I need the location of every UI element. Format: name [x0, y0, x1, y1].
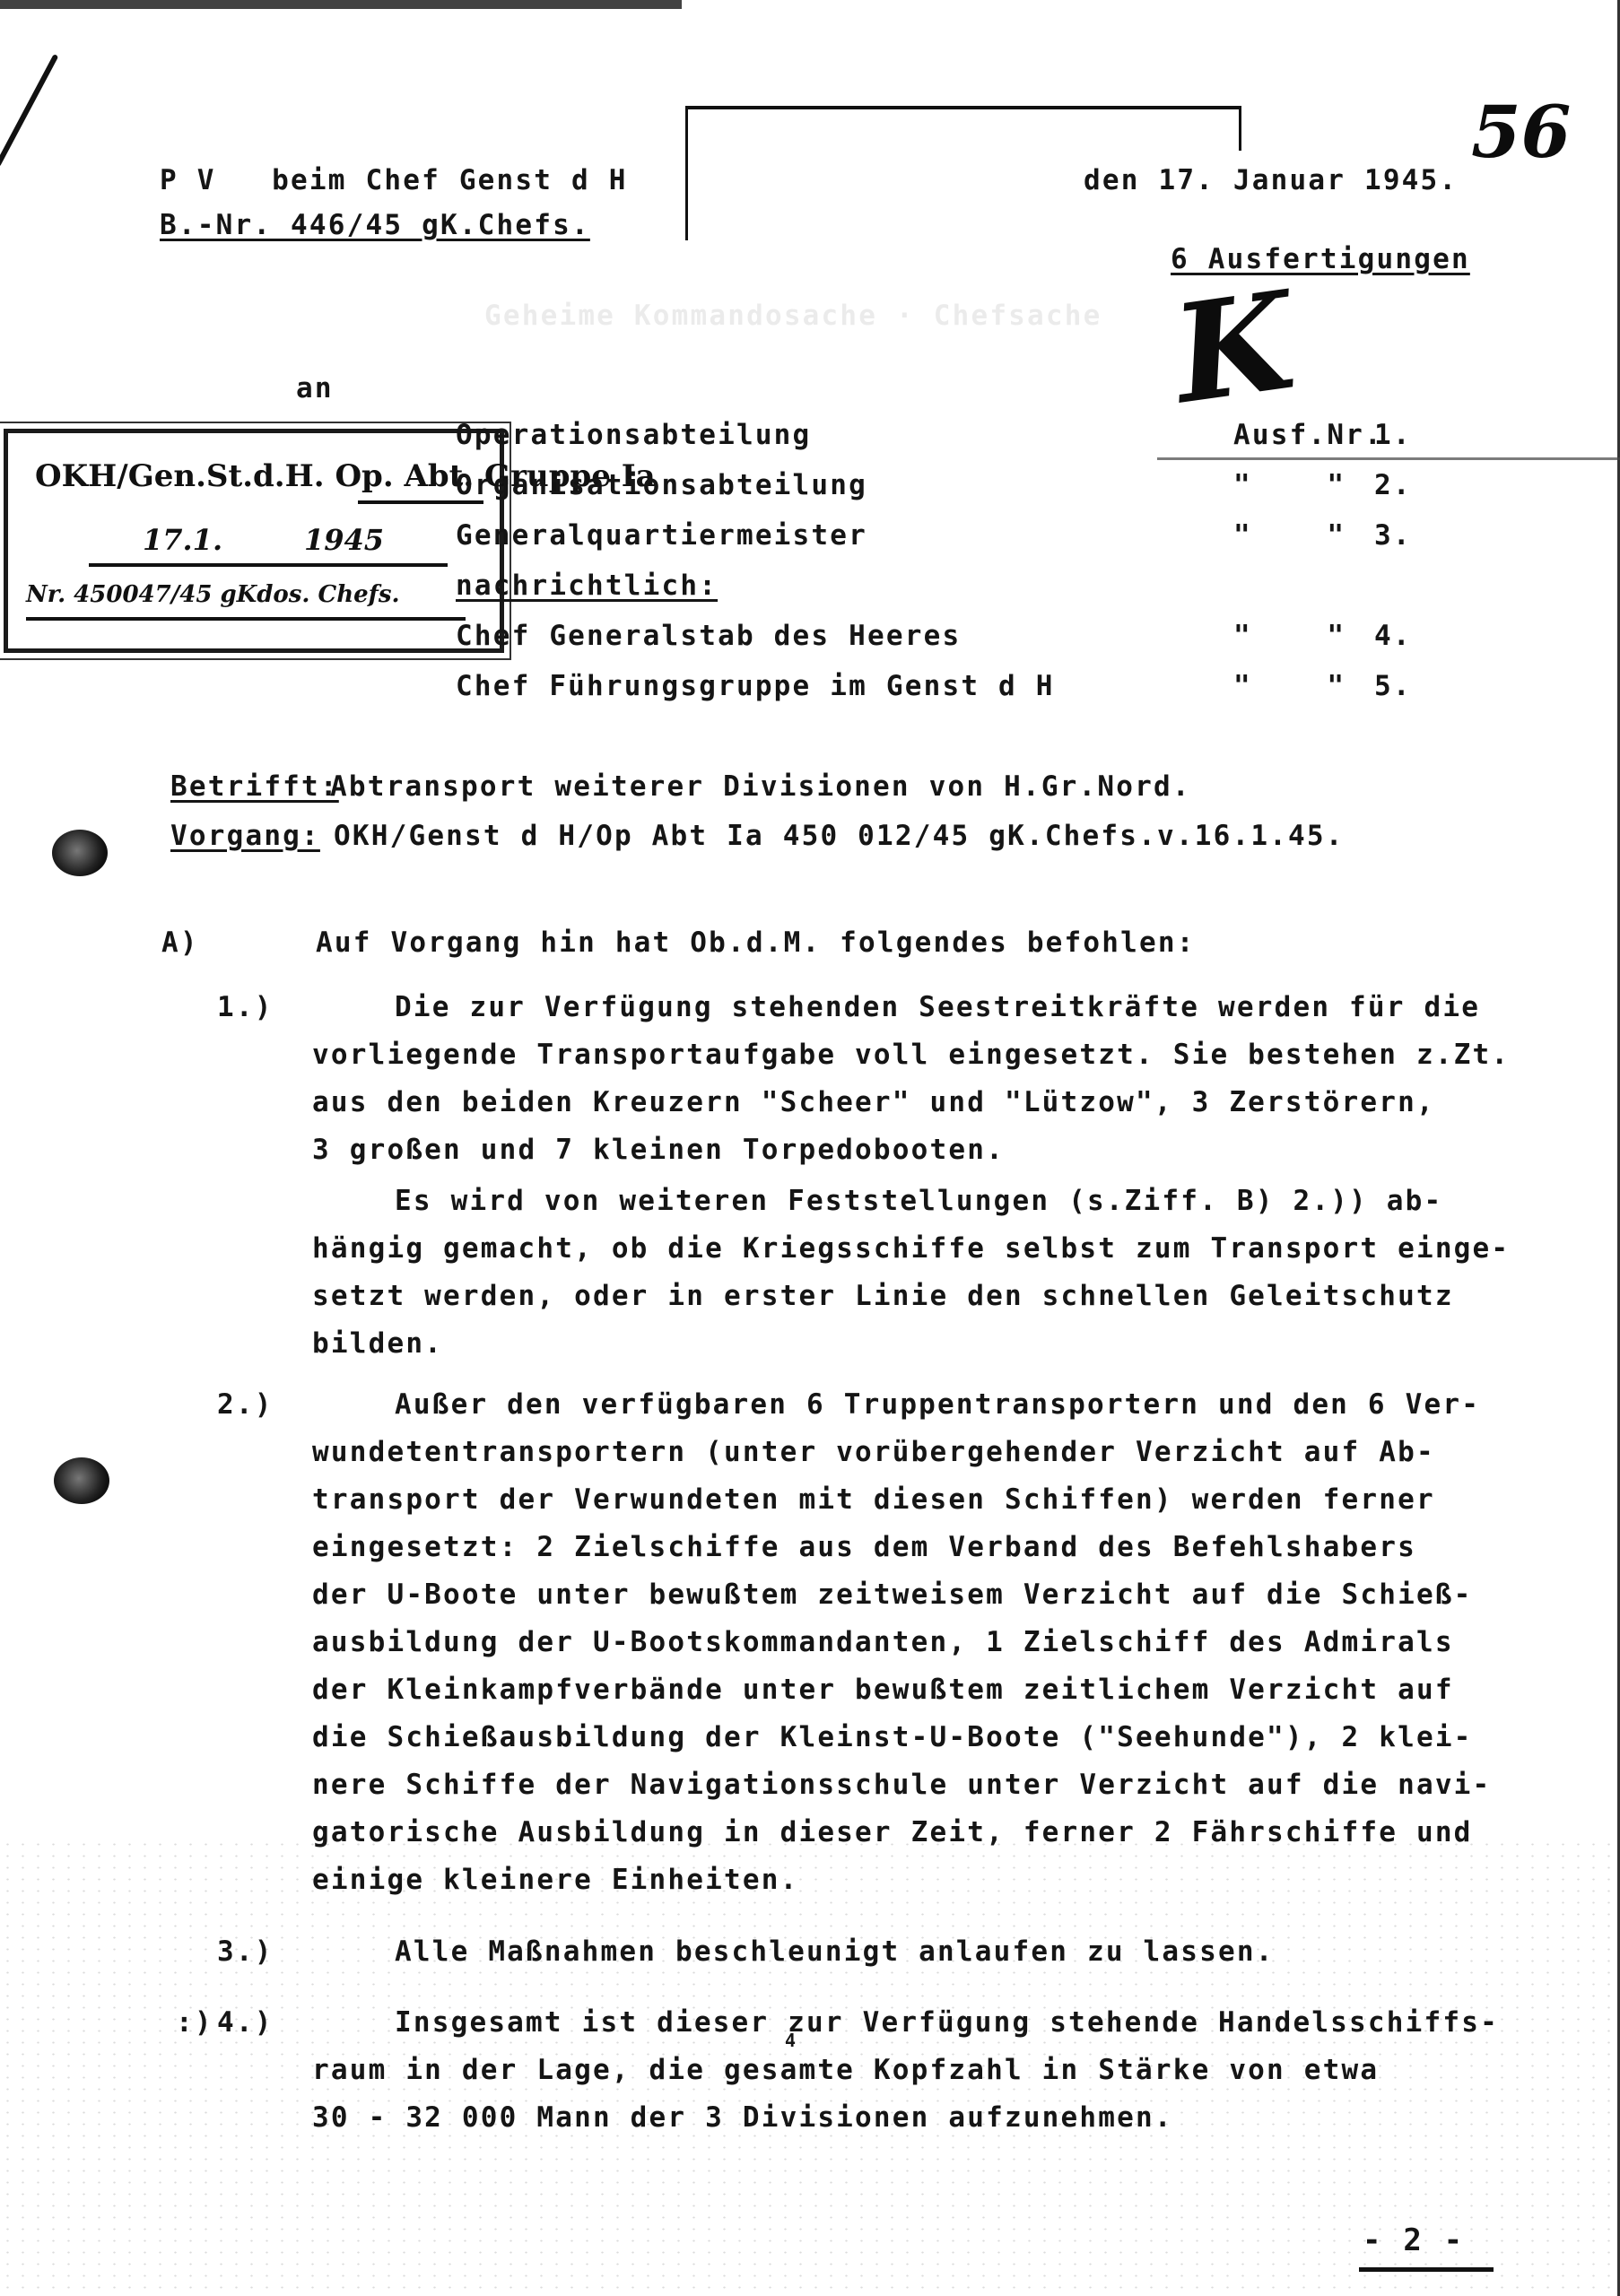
separator-line: [1157, 457, 1620, 460]
distribution-copy-label: " ": [1233, 519, 1346, 552]
pasted-box-border: [685, 106, 688, 240]
item-text-line: 3 großen und 7 kleinen Torpedobooten.: [312, 1134, 1005, 1166]
distribution-recipient: Organisationsabteilung: [456, 469, 867, 501]
pasted-box-border: [685, 106, 1241, 109]
item-text-line: der Kleinkampfverbände unter bewußtem ze…: [312, 1674, 1454, 1706]
document-date: den 17. Januar 1945.: [1084, 164, 1458, 196]
faint-classification-line: Geheime Kommandosache · Chefsache: [484, 300, 1102, 332]
item-marker: 4.): [217, 2006, 274, 2039]
handwritten-initial: K: [1164, 262, 1302, 434]
handwritten-page-mark: 56: [1471, 90, 1571, 174]
distribution-recipient: Chef Führungsgruppe im Genst d H: [456, 670, 1055, 702]
item-text-line: gatorische Ausbildung in dieser Zeit, fe…: [312, 1816, 1473, 1848]
reference-number: B.-Nr. 446/45 gK.Chefs.: [160, 209, 590, 241]
distribution-copy-number: 5.: [1374, 670, 1412, 702]
distribution-copy-label: Ausf.Nr.: [1233, 419, 1383, 451]
pasted-box-border: [1239, 106, 1241, 151]
subject-text: Abtransport weiterer Divisionen von H.Gr…: [330, 770, 1191, 803]
item-text-line: der U-Boote unter bewußtem zeitweisem Ve…: [312, 1578, 1473, 1611]
section-a-intro: Auf Vorgang hin hat Ob.d.M. folgendes be…: [316, 926, 1196, 959]
scan-edge-smudge: [0, 0, 682, 9]
punch-hole-mark: [52, 830, 108, 876]
info-copy-heading: nachrichtlich:: [456, 570, 718, 602]
receipt-stamp: OKH/Gen.St.d.H. Op. Abt. Gruppe Ia 17.1.…: [4, 429, 504, 653]
item-text-line: eingesetzt: 2 Zielschiffe aus dem Verban…: [312, 1531, 1416, 1563]
page-number-underline: [1359, 2267, 1494, 2272]
item-text-line: ausbildung der U-Bootskommandanten, 1 Zi…: [312, 1626, 1454, 1658]
item-marker: 1.): [217, 991, 274, 1023]
item-text-line: bilden.: [312, 1327, 443, 1360]
distribution-copy-number: 3.: [1374, 519, 1412, 552]
item-text-line: nere Schiffe der Navigationsschule unter…: [312, 1769, 1491, 1801]
item-text-line: einige kleinere Einheiten.: [312, 1864, 798, 1896]
item-marker: 3.): [217, 1935, 274, 1968]
stamp-number: Nr. 450047/45 gKdos. Chefs.: [26, 581, 400, 608]
distribution-copy-number: 2.: [1374, 469, 1412, 501]
distribution-copy-label: " ": [1233, 670, 1346, 702]
section-a-marker: A): [161, 926, 199, 959]
subject-label: Betrifft:: [170, 770, 339, 803]
item-marker: 2.): [217, 1388, 274, 1421]
item-text-line: transport der Verwundeten mit diesen Sch…: [312, 1483, 1435, 1516]
item-text-line: setzt werden, oder in erster Linie den s…: [312, 1280, 1454, 1312]
item-text-line: 30 - 32 000 Mann der 3 Divisionen aufzun…: [312, 2101, 1173, 2134]
item-text-line: raum in der Lage, die gesamte Kopfzahl i…: [312, 2054, 1379, 2086]
interlinear-note: 4: [785, 2030, 797, 2051]
page-number: - 2 -: [1363, 2222, 1464, 2258]
addressed-to-label: an: [296, 372, 334, 404]
item-text-line: Insgesamt ist dieser zur Verfügung stehe…: [395, 2006, 1499, 2039]
item-text-line: Außer den verfügbaren 6 Truppentransport…: [395, 1388, 1480, 1421]
distribution-copy-number: 1.: [1374, 419, 1412, 451]
distribution-recipient: Operationsabteilung: [456, 419, 811, 451]
distribution-recipient: Chef Generalstab des Heeres: [456, 620, 961, 652]
item-text-line: aus den beiden Kreuzern "Scheer" und "Lü…: [312, 1086, 1435, 1118]
reference-label: Vorgang:: [170, 820, 320, 852]
item-text-line: Alle Maßnahmen beschleunigt anlaufen zu …: [395, 1935, 1275, 1968]
distribution-copy-label: " ": [1233, 620, 1346, 652]
distribution-copy-label: " ": [1233, 469, 1346, 501]
item-text-line: wundetentransportern (unter vorübergehen…: [312, 1436, 1435, 1468]
punch-hole-mark: [54, 1457, 109, 1504]
item-text-line: Es wird von weiteren Feststellungen (s.Z…: [395, 1185, 1442, 1217]
item-text-line: Die zur Verfügung stehenden Seestreitkrä…: [395, 991, 1480, 1023]
reference-text: OKH/Genst d H/Op Abt Ia 450 012/45 gK.Ch…: [334, 820, 1345, 852]
item-text-line: hängig gemacht, ob die Kriegsschiffe sel…: [312, 1232, 1510, 1265]
margin-mark: :): [176, 2006, 213, 2039]
document-page: 56 P V beim Chef Genst d H den 17. Janua…: [0, 0, 1620, 2296]
distribution-copy-number: 4.: [1374, 620, 1412, 652]
stamp-date: 17.1.: [143, 523, 222, 557]
stamp-year: 1945: [304, 523, 384, 557]
distribution-recipient: Generalquartiermeister: [456, 519, 867, 552]
handwritten-slash-mark: [0, 54, 58, 167]
item-text-line: vorliegende Transportaufgabe voll einges…: [312, 1039, 1510, 1071]
sender-line: P V beim Chef Genst d H: [160, 164, 628, 196]
item-text-line: die Schießausbildung der Kleinst-U-Boote…: [312, 1721, 1473, 1753]
